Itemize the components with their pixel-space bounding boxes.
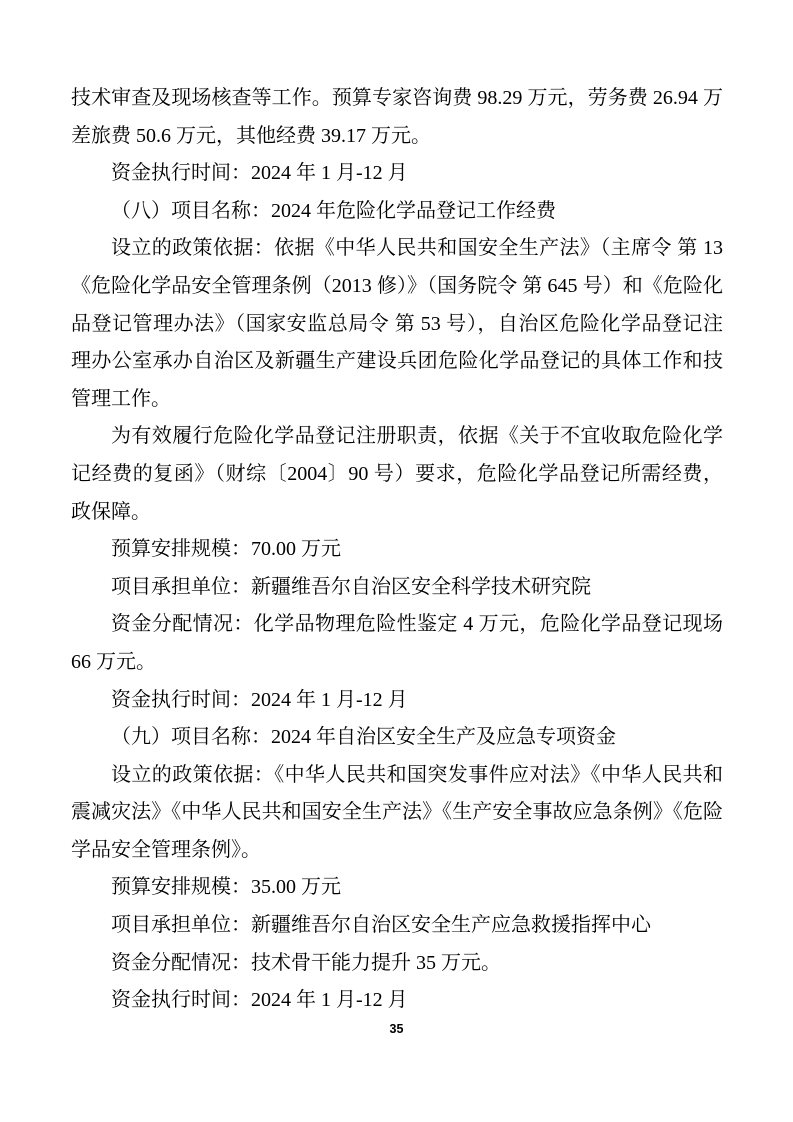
text-line: 设立的政策依据：《中华人民共和国突发事件应对法》《中华人民共和国防: [71, 757, 723, 795]
text-line: 品登记管理办法》（国家安监总局令 第 53 号），自治区危险化学品登记注册管: [71, 306, 723, 344]
text-line: （八）项目名称：2024 年危险化学品登记工作经费: [71, 193, 723, 231]
text-line: 资金执行时间：2024 年 1 月-12 月: [71, 982, 723, 1020]
text-line: 资金分配情况：技术骨干能力提升 35 万元。: [71, 945, 723, 983]
text-line: 学品安全管理条例》。: [71, 832, 723, 870]
text-line: 为有效履行危险化学品登记注册职责，依据《关于不宜收取危险化学品登: [71, 418, 723, 456]
text-line: 预算安排规模：35.00 万元: [71, 869, 723, 907]
text-line: 《危险化学品安全管理条例（2013 修）》（国务院令 第 645 号）和《危险化…: [71, 268, 723, 306]
text-line: 预算安排规模：70.00 万元: [71, 531, 723, 569]
text-line: 记经费的复函》（财综〔2004〕90 号）要求，危险化学品登记所需经费，由财: [71, 456, 723, 494]
text-line: 资金执行时间：2024 年 1 月-12 月: [71, 155, 723, 193]
text-line: 资金执行时间：2024 年 1 月-12 月: [71, 682, 723, 720]
text-line: 设立的政策依据：依据《中华人民共和国安全生产法》（主席令 第 13 号）、: [71, 230, 723, 268]
text-line: 政保障。: [71, 494, 723, 532]
text-line: 资金分配情况：化学品物理危险性鉴定 4 万元，危险化学品登记现场核查: [71, 606, 723, 644]
text-line: 管理工作。: [71, 381, 723, 419]
text-line: 66 万元。: [71, 644, 723, 682]
page-number: 35: [0, 1022, 793, 1036]
text-line: 技术审查及现场核查等工作。预算专家咨询费 98.29 万元，劳务费 26.94 …: [71, 80, 723, 118]
text-line: 理办公室承办自治区及新疆生产建设兵团危险化学品登记的具体工作和技术: [71, 343, 723, 381]
document-page: 技术审查及现场核查等工作。预算专家咨询费 98.29 万元，劳务费 26.94 …: [0, 0, 793, 1122]
text-line: 项目承担单位：新疆维吾尔自治区安全科学技术研究院: [71, 569, 723, 607]
text-line: 差旅费 50.6 万元，其他经费 39.17 万元。: [71, 118, 723, 156]
text-line: （九）项目名称：2024 年自治区安全生产及应急专项资金: [71, 719, 723, 757]
text-line: 项目承担单位：新疆维吾尔自治区安全生产应急救援指挥中心: [71, 907, 723, 945]
document-body: 技术审查及现场核查等工作。预算专家咨询费 98.29 万元，劳务费 26.94 …: [71, 80, 723, 1020]
text-line: 震减灾法》《中华人民共和国安全生产法》《生产安全事故应急条例》《危险化: [71, 794, 723, 832]
